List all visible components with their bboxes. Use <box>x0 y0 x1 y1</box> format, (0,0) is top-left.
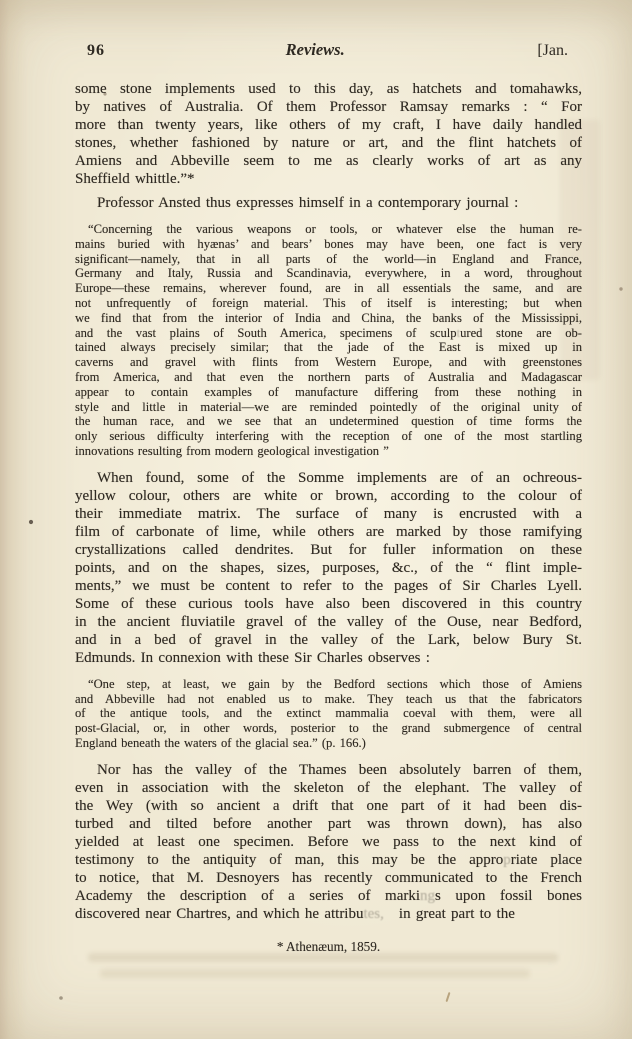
foxing-specks <box>0 0 2 2</box>
text-segment: Academy the description of a series of m… <box>75 888 420 904</box>
text-segment: in great part to the <box>399 906 515 922</box>
text-segment: discovered near Chartres, and which he a… <box>75 906 363 922</box>
text-line: testimony to the antiquity of man, this … <box>75 851 582 869</box>
text-line: film of carbonate of lime, while others … <box>75 523 582 541</box>
block-quote: “One step, at least, we gain by the Bedf… <box>75 677 582 751</box>
ink-mark <box>445 992 450 1002</box>
text-line: from America, and that even the northern… <box>75 370 582 385</box>
text-line: Academy the description of a series of m… <box>75 887 582 905</box>
text-line: in the ancient fluviatile gravel of the … <box>75 613 582 631</box>
text-line: post-Glacial, or, in other words, poster… <box>75 721 582 736</box>
footnote: * Athenæum, 1859. <box>75 939 582 955</box>
text-line: of the antique tools, and the extinct ma… <box>75 706 582 721</box>
block-quote: “Concerning the various weapons or tools… <box>75 222 582 459</box>
text-line: mains buried with hyænas’ and bears’ bon… <box>75 237 582 252</box>
damaged-faded-text: tes, <box>363 906 398 922</box>
text-line: only serious difficulty interfering with… <box>75 429 582 444</box>
text-line: “Concerning the various weapons or tools… <box>75 222 582 237</box>
paragraph: Nor has the valley of the Thames been ab… <box>75 761 582 923</box>
paragraph: Professor Ansted thus expresses himself … <box>75 194 582 212</box>
text-line: to notice, that M. Desnoyers has recentl… <box>75 869 582 887</box>
paragraph: When found, some of the Somme implements… <box>75 469 582 667</box>
text-line: their immediate matrix. The surface of m… <box>75 505 582 523</box>
text-line: and in a bed of gravel in the valley of … <box>75 631 582 649</box>
text-line: significant—namely, that in all parts of… <box>75 252 582 267</box>
page-number: 96 <box>75 42 105 60</box>
running-title: Reviews. <box>286 40 345 60</box>
text-line: yielded at least one specimen. Before we… <box>75 833 582 851</box>
text-column: some stone implements used to this day, … <box>75 80 582 955</box>
text-line: appear to contain examples of manufactur… <box>75 385 582 400</box>
text-line: style and little in material—we are remi… <box>75 400 582 415</box>
text-segment: ured stone are ob- <box>460 326 582 340</box>
text-line: Nor has the valley of the Thames been ab… <box>75 761 582 779</box>
text-line: tained always precisely similar; that th… <box>75 340 582 355</box>
text-line: discovered near Chartres, and which he a… <box>75 905 582 923</box>
damaged-faded-text: t <box>457 326 461 340</box>
issue-label: [Jan. <box>537 42 582 60</box>
paragraphs-container: some stone implements used to this day, … <box>75 80 582 923</box>
text-segment: s upon fossil bones <box>435 888 582 904</box>
text-line: turbed and tilted before another part wa… <box>75 815 582 833</box>
text-line: stones, whether fashioned by nature or a… <box>75 134 582 152</box>
text-line: more than twenty years, like others of m… <box>75 116 582 134</box>
text-line: ments,” we must be content to refer to t… <box>75 577 582 595</box>
paragraph: some stone implements used to this day, … <box>75 80 582 188</box>
text-line: and Abbeville had not enabled us to make… <box>75 692 582 707</box>
text-line: crystallizations called dendrites. But f… <box>75 541 582 559</box>
text-line: and the vast plains of South America, sp… <box>75 326 582 341</box>
text-line: Professor Ansted thus expresses himself … <box>75 194 582 212</box>
text-line: England beneath the waters of the glacia… <box>75 736 582 751</box>
text-line: by natives of Australia. Of them Profess… <box>75 98 582 116</box>
text-line: points, and on the shapes, sizes, purpos… <box>75 559 582 577</box>
text-line: Amiens and Abbeville seem to me as clear… <box>75 152 582 170</box>
text-line: even in association with the skeleton of… <box>75 779 582 797</box>
text-line: the Wey (with so ancient a drift that on… <box>75 797 582 815</box>
text-segment: riate place <box>511 852 582 868</box>
verso-showthrough-smudge <box>100 969 530 978</box>
text-line: we find that from the interior of India … <box>75 311 582 326</box>
page-header: 96 Reviews. [Jan. <box>75 40 582 60</box>
text-line: Europe—these remains, wherever found, ar… <box>75 281 582 296</box>
text-line: not unfrequently of foreign material. Th… <box>75 296 582 311</box>
text-line: “One step, at least, we gain by the Bedf… <box>75 677 582 692</box>
text-line: Edmunds. In connexion with these Sir Cha… <box>75 649 582 667</box>
text-segment: testimony to the antiquity of man, this … <box>75 852 503 868</box>
text-line: When found, some of the Somme implements… <box>75 469 582 487</box>
text-line: Sheffield whittle.”* <box>75 170 582 188</box>
damaged-faded-text: ng <box>420 888 435 904</box>
text-line: Germany and Italy, Russia and Scandinavi… <box>75 266 582 281</box>
scanned-book-page: 96 Reviews. [Jan. some stone implements … <box>0 0 632 1039</box>
text-line: Some of these curious tools have also be… <box>75 595 582 613</box>
text-line: some stone implements used to this day, … <box>75 80 582 98</box>
text-segment: and the vast plains of South America, sp… <box>75 326 457 340</box>
damaged-faded-text: p <box>503 852 511 868</box>
text-line: yellow colour, others are white or brown… <box>75 487 582 505</box>
text-line: the human race, and we see that an undet… <box>75 414 582 429</box>
text-line: caverns and gravel with flints from West… <box>75 355 582 370</box>
text-line: innovations resulting from modern geolog… <box>75 444 582 459</box>
